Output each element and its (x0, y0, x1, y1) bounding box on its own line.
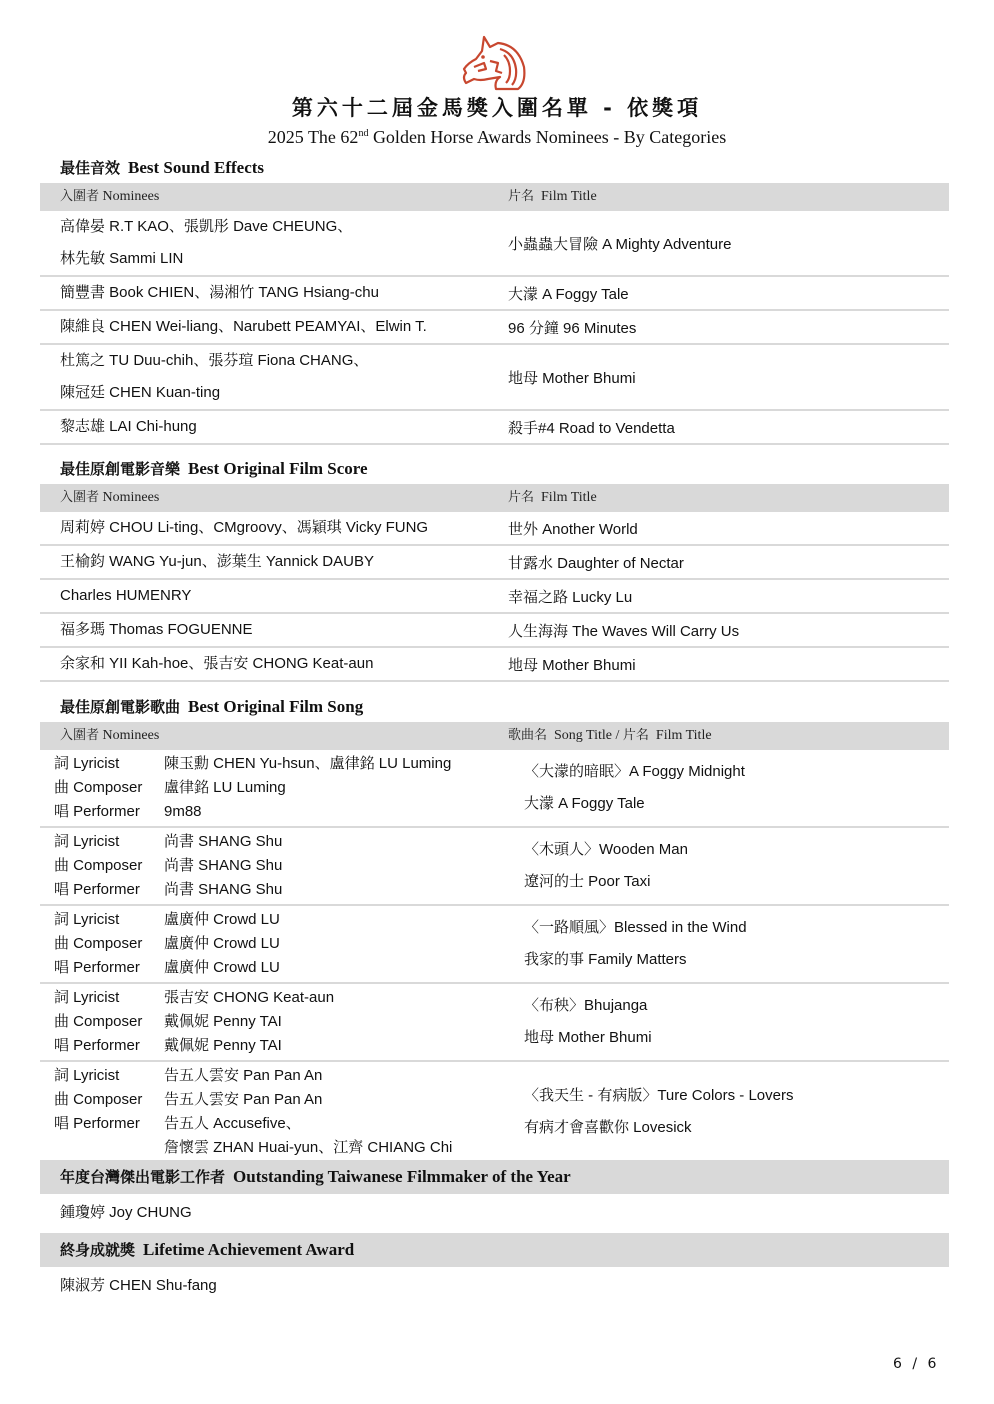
table-row: 陳維良 CHEN Wei-liang、Narubett PEAMYAI、Elwi… (40, 311, 949, 345)
table-header: 入圍者 Nominees 片名 Film Title (40, 183, 949, 211)
film-cell: 小蟲蟲大冒險 A Mighty Adventure (499, 211, 949, 275)
song-title: 〈大濛的暗眠〉A Foggy Midnight (524, 756, 949, 788)
table-row: 黎志雄 LAI Chi-hung 殺手#4 Road to Vendetta (40, 411, 949, 445)
film-title: 遼河的士 Poor Taxi (524, 866, 949, 898)
table-row: 高偉晏 R.T KAO、張凱彤 Dave CHEUNG、 林先敏 Sammi L… (40, 211, 949, 277)
credit-line: 詞 Lyricist盧廣仲 Crowd LU (54, 908, 499, 932)
credit-line: 詞 Lyricist尚書 SHANG Shu (54, 830, 499, 854)
table-row: 詞 Lyricist陳玉勳 CHEN Yu-hsun、盧律銘 LU Luming… (40, 750, 949, 828)
table-row: 詞 Lyricist盧廣仲 Crowd LU 曲 Composer盧廣仲 Cro… (40, 906, 949, 984)
film-cell: 地母 Mother Bhumi (499, 648, 949, 680)
song-film-cell: 〈木頭人〉Wooden Man 遼河的士 Poor Taxi (499, 834, 949, 898)
credits-cell: 詞 Lyricist陳玉勳 CHEN Yu-hsun、盧律銘 LU Luming… (40, 752, 499, 824)
credit-line: 唱 Performer告五人 Accusefive、 (54, 1112, 499, 1136)
credit-line: 詞 Lyricist告五人雲安 Pan Pan An (54, 1064, 499, 1088)
credit-line: 曲 Composer盧廣仲 Crowd LU (54, 932, 499, 956)
table-row: 詞 Lyricist告五人雲安 Pan Pan An 曲 Composer告五人… (40, 1062, 949, 1164)
recipient: 陳淑芳 CHEN Shu-fang (40, 1267, 949, 1305)
credit-line: 曲 Composer尚書 SHANG Shu (54, 854, 499, 878)
section-title: 最佳原創電影音樂Best Original Film Score (40, 454, 949, 484)
film-title: 有病才會喜歡你 Lovesick (524, 1112, 949, 1144)
section-title: 年度台灣傑出電影工作者Outstanding Taiwanese Filmmak… (40, 1160, 949, 1194)
film-cell: 幸福之路 Lucky Lu (499, 580, 949, 612)
song-film-cell: 〈大濛的暗眠〉A Foggy Midnight 大濛 A Foggy Tale (499, 756, 949, 820)
table-row: 簡豐書 Book CHIEN、湯湘竹 TANG Hsiang-chu 大濛 A … (40, 277, 949, 311)
credits-cell: 詞 Lyricist張吉安 CHONG Keat-aun 曲 Composer戴… (40, 986, 499, 1058)
section-lifetime-achievement: 終身成就獎Lifetime Achievement Award 陳淑芳 CHEN… (40, 1233, 949, 1305)
credit-line: 唱 Performer9m88 (54, 800, 499, 824)
table-row: 周莉婷 CHOU Li-ting、CMgroovy、馮穎琪 Vicky FUNG… (40, 512, 949, 546)
horse-head-icon (460, 33, 530, 91)
table-header: 入圍者 Nominees 歌曲名 Song Title / 片名 Film Ti… (40, 722, 949, 750)
film-cell: 地母 Mother Bhumi (499, 345, 949, 409)
film-title: 地母 Mother Bhumi (524, 1022, 949, 1054)
page-title-en: 2025 The 62nd Golden Horse Awards Nomine… (0, 127, 994, 148)
film-title: 大濛 A Foggy Tale (524, 788, 949, 820)
section-best-original-film-score: 最佳原創電影音樂Best Original Film Score 入圍者 Nom… (40, 454, 949, 682)
song-film-cell: 〈布秧〉Bhujanga 地母 Mother Bhumi (499, 990, 949, 1054)
table-row: 詞 Lyricist尚書 SHANG Shu 曲 Composer尚書 SHAN… (40, 828, 949, 906)
nominees-cell: 簡豐書 Book CHIEN、湯湘竹 TANG Hsiang-chu (40, 277, 499, 309)
credit-line: 曲 Composer盧律銘 LU Luming (54, 776, 499, 800)
column-header-film-title: 片名 Film Title (499, 484, 949, 512)
credit-line: 詞 Lyricist陳玉勳 CHEN Yu-hsun、盧律銘 LU Luming (54, 752, 499, 776)
table-header: 入圍者 Nominees 片名 Film Title (40, 484, 949, 512)
column-header-film-title: 片名 Film Title (499, 183, 949, 211)
credits-cell: 詞 Lyricist盧廣仲 Crowd LU 曲 Composer盧廣仲 Cro… (40, 908, 499, 980)
credit-line: 曲 Composer戴佩妮 Penny TAI (54, 1010, 499, 1034)
table-row: 王榆鈞 WANG Yu-jun、澎葉生 Yannick DAUBY 甘露水 Da… (40, 546, 949, 580)
section-best-original-film-song: 最佳原創電影歌曲Best Original Film Song 入圍者 Nomi… (40, 692, 949, 1164)
golden-horse-logo (460, 33, 530, 91)
film-cell: 96 分鐘 96 Minutes (499, 311, 949, 343)
section-outstanding-filmmaker: 年度台灣傑出電影工作者Outstanding Taiwanese Filmmak… (40, 1160, 949, 1232)
nominees-cell: Charles HUMENRY (40, 580, 499, 612)
nominees-cell: 高偉晏 R.T KAO、張凱彤 Dave CHEUNG、 林先敏 Sammi L… (40, 211, 499, 275)
film-title: 我家的事 Family Matters (524, 944, 949, 976)
song-title: 〈木頭人〉Wooden Man (524, 834, 949, 866)
section-best-sound-effects: 最佳音效Best Sound Effects 入圍者 Nominees 片名 F… (40, 153, 949, 445)
column-header-nominees: 入圍者 Nominees (40, 722, 499, 750)
song-title: 〈我天生 - 有病版〉Ture Colors - Lovers (524, 1080, 949, 1112)
table-row: 杜篤之 TU Duu-chih、張芬瑄 Fiona CHANG、 陳冠廷 CHE… (40, 345, 949, 411)
song-film-cell: 〈我天生 - 有病版〉Ture Colors - Lovers 有病才會喜歡你 … (499, 1080, 949, 1144)
film-cell: 世外 Another World (499, 512, 949, 544)
credit-line: 唱 Performer尚書 SHANG Shu (54, 878, 499, 902)
song-film-cell: 〈一路順風〉Blessed in the Wind 我家的事 Family Ma… (499, 912, 949, 976)
credit-line: 詞 Lyricist張吉安 CHONG Keat-aun (54, 986, 499, 1010)
table-row: Charles HUMENRY 幸福之路 Lucky Lu (40, 580, 949, 614)
column-header-song-film-title: 歌曲名 Song Title / 片名 Film Title (499, 722, 949, 750)
section-title: 最佳原創電影歌曲Best Original Film Song (40, 692, 949, 722)
page-title-zh: 第六十二屆金馬獎入圍名單 - 依獎項 (0, 92, 994, 122)
page-number: 6 / 6 (893, 1356, 939, 1372)
nominees-cell: 福多瑪 Thomas FOGUENNE (40, 614, 499, 646)
film-cell: 人生海海 The Waves Will Carry Us (499, 614, 949, 646)
song-title: 〈一路順風〉Blessed in the Wind (524, 912, 949, 944)
column-header-nominees: 入圍者 Nominees (40, 484, 499, 512)
credits-cell: 詞 Lyricist尚書 SHANG Shu 曲 Composer尚書 SHAN… (40, 830, 499, 902)
song-title: 〈布秧〉Bhujanga (524, 990, 949, 1022)
recipient: 鍾瓊婷 Joy CHUNG (40, 1194, 949, 1232)
credit-line: 詹懷雲 ZHAN Huai-yun、江齊 CHIANG Chi (54, 1136, 499, 1160)
section-title: 終身成就獎Lifetime Achievement Award (40, 1233, 949, 1267)
film-cell: 殺手#4 Road to Vendetta (499, 411, 949, 443)
nominees-cell: 黎志雄 LAI Chi-hung (40, 411, 499, 443)
section-title: 最佳音效Best Sound Effects (40, 153, 949, 183)
nominees-cell: 陳維良 CHEN Wei-liang、Narubett PEAMYAI、Elwi… (40, 311, 499, 343)
table-row: 詞 Lyricist張吉安 CHONG Keat-aun 曲 Composer戴… (40, 984, 949, 1062)
nominees-cell: 余家和 YII Kah-hoe、張吉安 CHONG Keat-aun (40, 648, 499, 680)
credits-cell: 詞 Lyricist告五人雲安 Pan Pan An 曲 Composer告五人… (40, 1064, 499, 1160)
nominees-cell: 周莉婷 CHOU Li-ting、CMgroovy、馮穎琪 Vicky FUNG (40, 512, 499, 544)
table-row: 余家和 YII Kah-hoe、張吉安 CHONG Keat-aun 地母 Mo… (40, 648, 949, 682)
credit-line: 唱 Performer戴佩妮 Penny TAI (54, 1034, 499, 1058)
film-cell: 甘露水 Daughter of Nectar (499, 546, 949, 578)
nominees-cell: 杜篤之 TU Duu-chih、張芬瑄 Fiona CHANG、 陳冠廷 CHE… (40, 345, 499, 409)
nominees-cell: 王榆鈞 WANG Yu-jun、澎葉生 Yannick DAUBY (40, 546, 499, 578)
credit-line: 唱 Performer盧廣仲 Crowd LU (54, 956, 499, 980)
table-row: 福多瑪 Thomas FOGUENNE 人生海海 The Waves Will … (40, 614, 949, 648)
film-cell: 大濛 A Foggy Tale (499, 277, 949, 309)
credit-line: 曲 Composer告五人雲安 Pan Pan An (54, 1088, 499, 1112)
column-header-nominees: 入圍者 Nominees (40, 183, 499, 211)
